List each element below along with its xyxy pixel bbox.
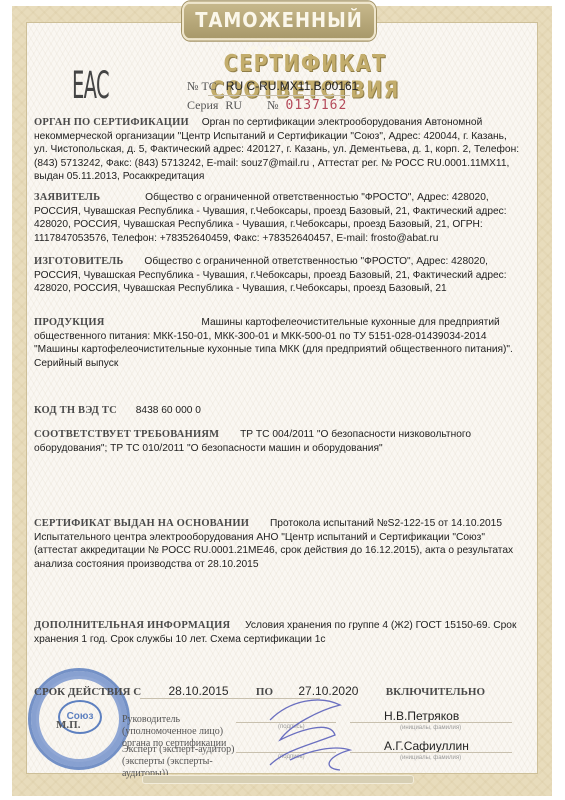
head-name-hint: (инициалы, фамилия) — [400, 725, 461, 731]
expert-name-hint: (инициалы, фамилия) — [400, 755, 461, 761]
cert-body-label: ОРГАН ПО СЕРТИФИКАЦИИ — [34, 117, 189, 128]
section-hs-code: КОД ТН ВЭД ТС 8438 60 000 0 — [34, 404, 522, 418]
handwritten-signature-icon — [250, 690, 360, 775]
series-row: Серия RU № 0137162 — [187, 98, 347, 113]
head-name: Н.В.Петряков — [384, 709, 459, 723]
head-name-line — [350, 722, 512, 723]
additional-label: ДОПОЛНИТЕЛЬНАЯ ИНФОРМАЦИЯ — [34, 620, 230, 631]
expert-name-line — [350, 752, 512, 753]
section-basis: СЕРТИФИКАТ ВЫДАН НА ОСНОВАНИИ Протокола … — [34, 517, 522, 571]
mp-label: М.П. — [56, 719, 80, 731]
manufacturer-label: ИЗГОТОВИТЕЛЬ — [34, 256, 124, 267]
requirements-label: СООТВЕТСТВУЕТ ТРЕБОВАНИЯМ — [34, 429, 219, 440]
product-text: Машины картофелеочистительные кухонные д… — [34, 317, 513, 369]
validity-label: СРОК ДЕЙСТВИЯ С — [34, 686, 141, 698]
validity-from: 28.10.2015 — [169, 684, 229, 698]
hs-code-text: 8438 60 000 0 — [136, 405, 201, 416]
applicant-text: Общество с ограниченной ответственностью… — [34, 192, 507, 244]
series-label: Серия — [187, 98, 218, 112]
product-label: ПРОДУКЦИЯ — [34, 317, 105, 328]
eac-mark-icon: EAC — [72, 64, 109, 108]
customs-union-banner: ТАМОЖЕННЫЙ СОЮЗ — [182, 1, 376, 40]
section-cert-body: ОРГАН ПО СЕРТИФИКАЦИИ Орган по сертифика… — [34, 116, 522, 184]
footer-printer-strip — [142, 775, 414, 784]
section-manufacturer: ИЗГОТОВИТЕЛЬ Общество с ограниченной отв… — [34, 255, 522, 296]
tc-number-label: № ТС — [187, 79, 217, 93]
hs-code-label: КОД ТН ВЭД ТС — [34, 405, 117, 416]
serial-label: № — [267, 98, 278, 112]
tc-number-underline — [208, 95, 350, 96]
basis-label: СЕРТИФИКАТ ВЫДАН НА ОСНОВАНИИ — [34, 518, 249, 529]
serial-number: 0137162 — [286, 98, 348, 113]
section-product: ПРОДУКЦИЯ Машины картофелеочистительные … — [34, 316, 522, 370]
expert-name: А.Г.Сафиуллин — [384, 739, 469, 753]
section-additional: ДОПОЛНИТЕЛЬНАЯ ИНФОРМАЦИЯ Условия хранен… — [34, 619, 522, 646]
section-applicant: ЗАЯВИТЕЛЬ Общество с ограниченной ответс… — [34, 191, 522, 245]
validity-suffix: ВКЛЮЧИТЕЛЬНО — [386, 686, 485, 698]
tc-number: RU C-RU.MX11.B.00161 — [226, 79, 359, 93]
applicant-label: ЗАЯВИТЕЛЬ — [34, 192, 100, 203]
series-value: RU — [225, 98, 242, 112]
tc-number-row: № ТС RU C-RU.MX11.B.00161 — [187, 79, 358, 94]
section-requirements: СООТВЕТСТВУЕТ ТРЕБОВАНИЯМ ТР ТС 004/2011… — [34, 428, 522, 455]
